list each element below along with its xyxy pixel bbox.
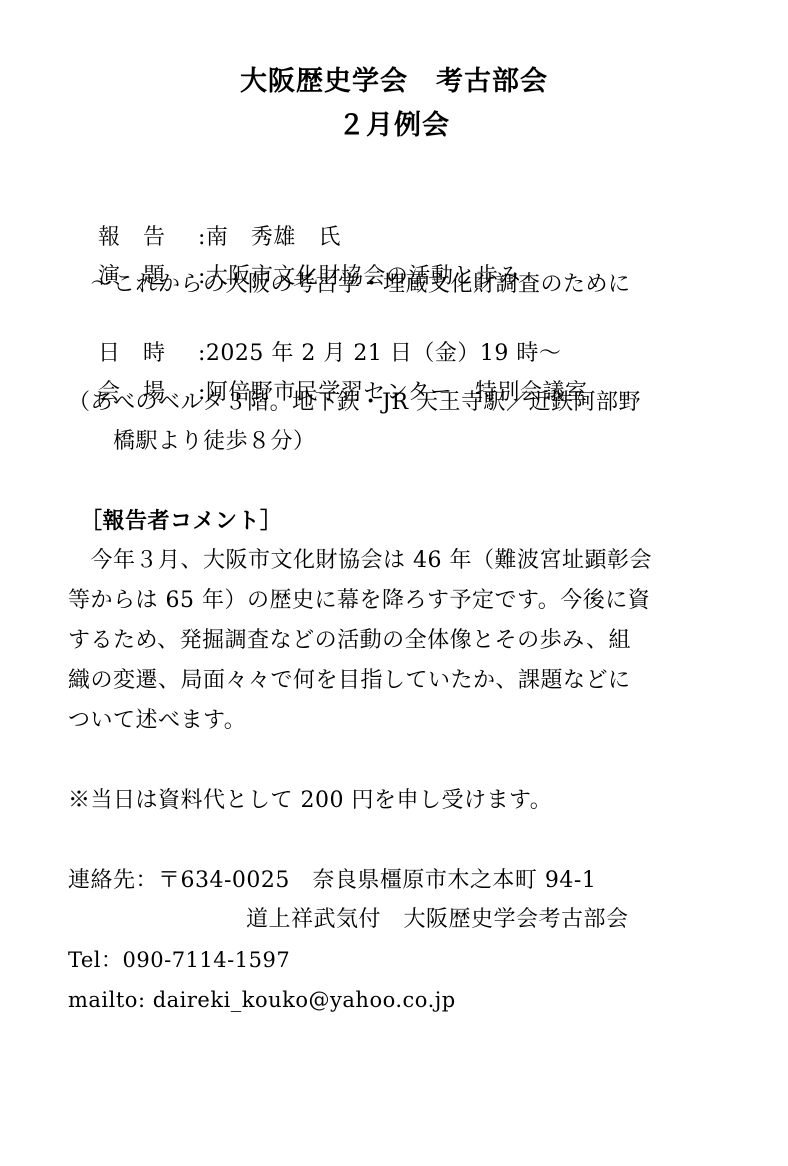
comment-line-3: するため、発掘調査などの活動の全体像とその歩み、組: [68, 626, 631, 656]
fee-note: ※当日は資料代として 200 円を申し受けます。: [68, 786, 552, 816]
comment-line-1: 今年３月、大阪市文化財協会は 46 年（難波宮址顕彰会: [68, 546, 652, 576]
comment-line-4: 織の変遷、局面々々で何を目指していたか、課題などに: [68, 666, 631, 696]
venue-note-line-2: 橋駅より徒歩８分）: [68, 427, 316, 457]
topic-subtitle: ～これからの大阪の考古学・埋蔵文化財調査のために: [68, 270, 631, 300]
venue-note-line-1: （あべのベルタ３階。地下鉄・JR 天王寺駅／近鉄阿部野: [68, 388, 641, 418]
title-organization: 大阪歴史学会 考古部会: [0, 64, 788, 100]
comment-line-2: 等からは 65 年）の歴史に幕を降ろす予定です。今後に資: [68, 586, 650, 616]
contact-care-of: 道上祥武気付 大阪歴史学会考古部会: [246, 905, 629, 935]
contact-email-link[interactable]: mailto: daireki_kouko@yahoo.co.jp: [68, 985, 456, 1015]
document-page: 大阪歴史学会 考古部会 ２月例会 報 告:南 秀雄 氏 演 題:大阪市文化財協会…: [0, 0, 788, 1166]
contact-address: 連絡先：〒634-0025 奈良県橿原市木之本町 94-1: [68, 866, 596, 896]
title-meeting: ２月例会: [0, 108, 788, 144]
contact-tel: Tel：090-7114-1597: [68, 945, 290, 975]
comment-heading: ［報告者コメント］: [80, 507, 283, 537]
comment-line-5: ついて述べます。: [68, 706, 246, 736]
